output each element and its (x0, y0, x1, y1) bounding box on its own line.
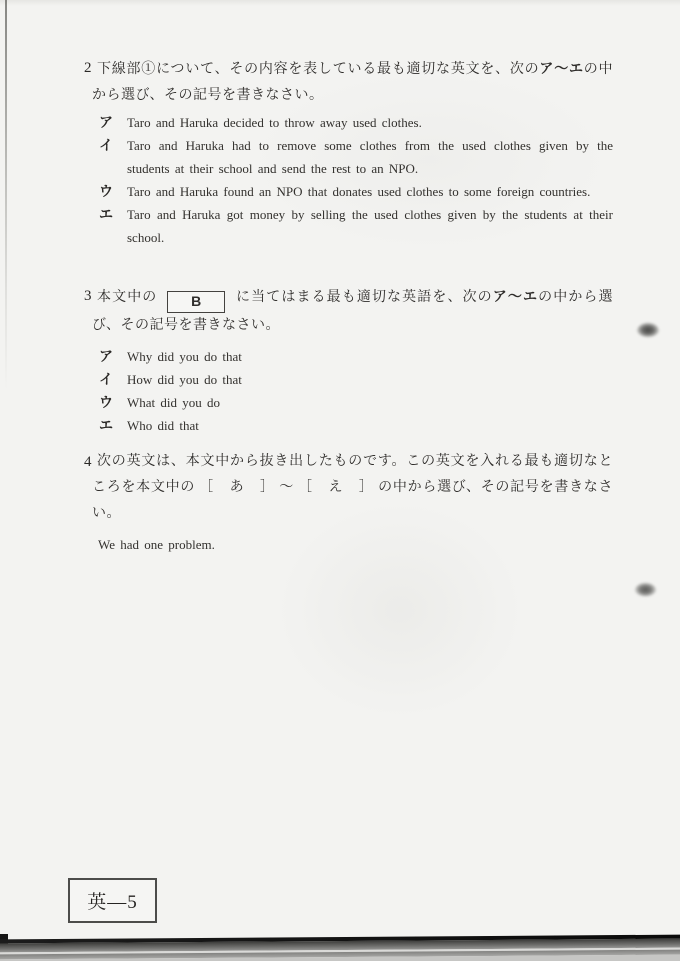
range-tilde: ～ (279, 480, 294, 495)
bracket-e-placeholder: ［ え ］ (298, 480, 374, 495)
blank-b-box: B (167, 291, 225, 313)
option-letter: ア (99, 345, 113, 368)
option-row: イ Taro and Haruka had to remove some clo… (0, 134, 680, 180)
page-number: 英—5 (87, 887, 138, 914)
option-letter: エ (99, 414, 113, 437)
option-row: ア Why did you do that (0, 345, 680, 368)
question-number: 4 (84, 453, 92, 471)
question-3-prompt: 本文中のBに当てはまる最も適切な英語を、次のア～エの中から選び、その記号を書きな… (92, 283, 613, 339)
extract-sentence: We had one problem. (98, 533, 680, 556)
option-text: Taro and Haruka got money by selling the… (127, 203, 613, 249)
question-2: 2 下線部①について、その内容を表している最も適切な英文を、次のア～エの中から選… (0, 55, 680, 249)
page-number-box: 英—5 (68, 878, 157, 923)
option-text: Taro and Haruka decided to throw away us… (127, 111, 613, 134)
prompt-text: 下線部①について、その内容を表している最も適切な英文を、次の (97, 62, 539, 77)
option-text: Why did you do that (127, 345, 613, 368)
question-3: 3 本文中のBに当てはまる最も適切な英語を、次のア～エの中から選び、その記号を書… (0, 283, 680, 437)
option-row: エ Taro and Haruka got money by selling t… (0, 203, 680, 249)
punch-hole-shadow-top (636, 322, 660, 343)
prompt-text: に当てはまる最も適切な英語を、次の (235, 290, 492, 305)
punch-hole-shadow-bottom (634, 582, 657, 602)
option-letter: イ (99, 134, 113, 157)
option-letter: エ (99, 203, 113, 226)
bracket-a-placeholder: ［ あ ］ (199, 480, 275, 495)
prompt-choice-range: ア～エ (493, 288, 538, 304)
option-row: エ Who did that (0, 414, 680, 437)
scanned-exam-page: 2 下線部①について、その内容を表している最も適切な英文を、次のア～エの中から選… (0, 0, 680, 961)
scan-bottom-edge (0, 933, 680, 961)
option-text: How did you do that (127, 368, 613, 391)
option-row: イ How did you do that (0, 368, 680, 391)
option-text: Who did that (127, 414, 613, 437)
option-text: Taro and Haruka had to remove some cloth… (127, 134, 613, 180)
option-text: What did you do (127, 391, 613, 414)
question-2-prompt: 下線部①について、その内容を表している最も適切な英文を、次のア～エの中から選び、… (92, 55, 613, 109)
option-letter: ウ (99, 180, 113, 203)
prompt-choice-range: ア～エ (539, 60, 583, 76)
question-4: 4 次の英文は、本文中から抜き出したものです。この英文を入れる最も適切なところを… (0, 449, 680, 556)
option-row: ウ What did you do (0, 391, 680, 414)
question-4-prompt: 次の英文は、本文中から抜き出したものです。この英文を入れる最も適切なところを本文… (92, 449, 613, 527)
question-number: 2 (84, 59, 92, 77)
question-3-options: ア Why did you do that イ How did you do t… (0, 345, 680, 437)
option-row: ウ Taro and Haruka found an NPO that dona… (0, 180, 680, 203)
option-letter: ウ (99, 391, 113, 414)
option-row: ア Taro and Haruka decided to throw away … (0, 111, 680, 134)
option-letter: イ (99, 368, 113, 391)
option-text: Taro and Haruka found an NPO that donate… (127, 180, 613, 203)
question-2-options: ア Taro and Haruka decided to throw away … (0, 111, 680, 249)
question-number: 3 (84, 287, 92, 305)
option-letter: ア (99, 111, 113, 134)
prompt-text: 本文中の (97, 290, 157, 305)
